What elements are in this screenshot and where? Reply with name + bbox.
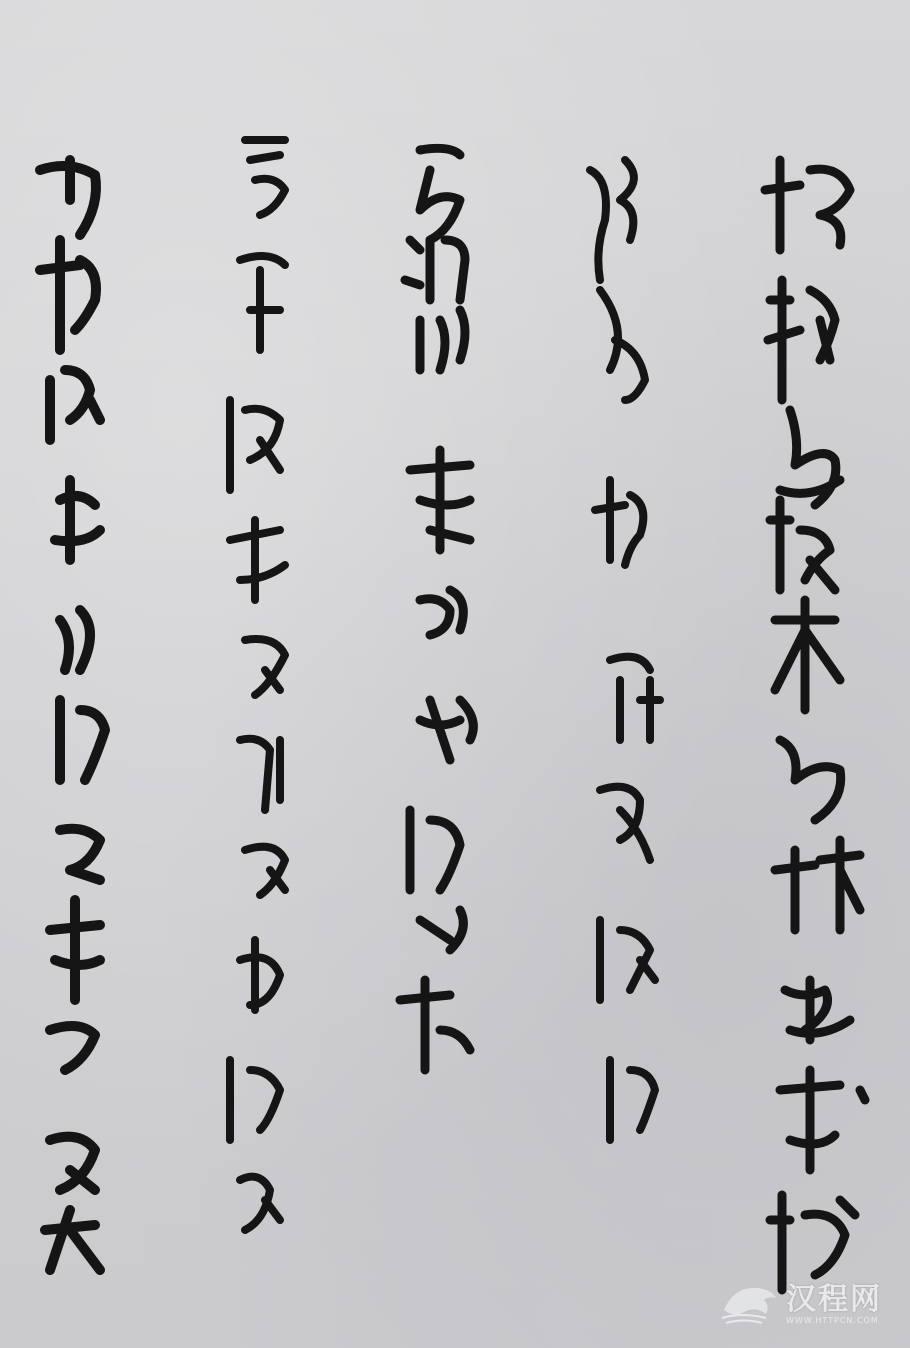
calligraphy-ink [0,0,910,1348]
column-1 [765,160,865,1290]
column-4 [230,140,285,1230]
calligraphy-scroll: 汉程网 WWW.HTTPCN.COM [0,0,910,1348]
watermark: 汉程网 WWW.HTTPCN.COM [718,1274,898,1334]
watermark-url: WWW.HTTPCN.COM [786,1316,879,1325]
watermark-site-name: 汉程网 [786,1284,882,1316]
column-2 [590,160,660,1140]
horse-logo-icon [718,1280,780,1328]
column-5 [40,160,105,1270]
column-3 [400,148,473,1070]
